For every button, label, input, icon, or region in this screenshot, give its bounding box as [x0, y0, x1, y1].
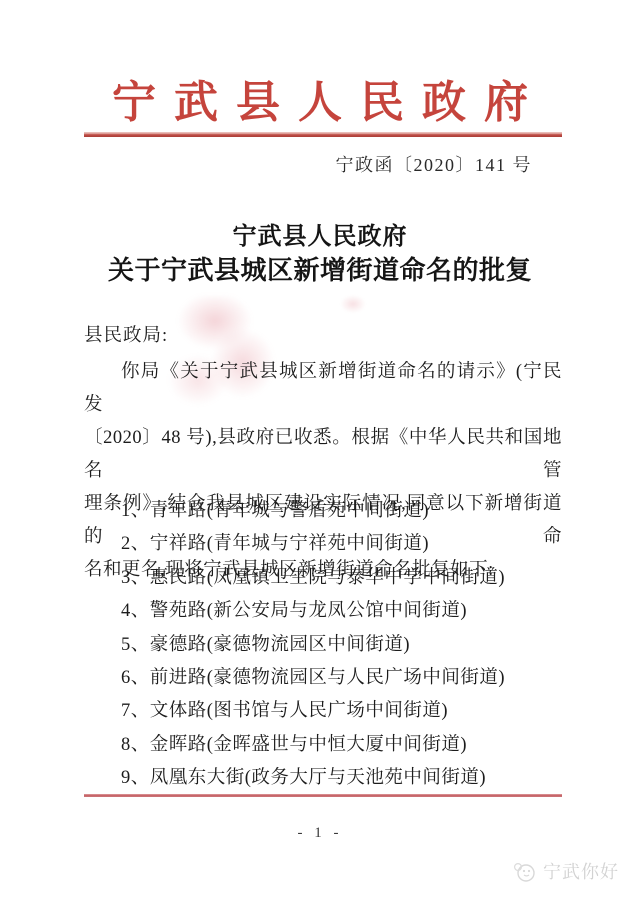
street-list-item: 2、宁祥路(青年城与宁祥苑中间街道)	[84, 528, 562, 561]
street-list-item: 3、惠民路(凤凰镇卫生院与泰华中学中间街道)	[84, 562, 562, 595]
publisher-watermark: 宁武你好	[512, 858, 619, 884]
street-list-item: 4、警苑路(新公安局与龙凤公馆中间街道)	[84, 595, 562, 628]
panda-logo-icon	[512, 858, 538, 884]
watermark-text: 宁武你好	[543, 858, 619, 884]
document-title-line2: 关于宁武县城区新增街道命名的批复	[0, 254, 640, 288]
paragraph-line: 你局《关于宁武县城区新增街道命名的请示》(宁民发	[84, 356, 562, 422]
street-list-item: 8、金晖路(金晖盛世与中恒大厦中间街道)	[84, 729, 562, 762]
document-title-line1: 宁武县人民政府	[0, 221, 640, 254]
page-number: - 1 -	[0, 825, 640, 842]
scanned-document-page: 宁武县人民政府 宁政函〔2020〕141 号 宁武县人民政府 关于宁武县城区新增…	[0, 0, 640, 905]
street-list-item: 5、豪德路(豪德物流园区中间街道)	[84, 629, 562, 662]
footer-divider-line	[84, 794, 562, 797]
street-naming-list: 1、青年路(青年城与警盾苑中间街道) 2、宁祥路(青年城与宁祥苑中间街道) 3、…	[84, 495, 562, 796]
red-seal-speck	[340, 295, 366, 313]
letterhead-divider-line	[84, 132, 562, 137]
document-title: 宁武县人民政府 关于宁武县城区新增街道命名的批复	[0, 221, 640, 288]
recipient-salutation: 县民政局:	[84, 321, 168, 347]
paragraph-line: 〔2020〕48 号),县政府已收悉。根据《中华人民共和国地名管	[84, 422, 562, 488]
street-list-item: 9、凤凰东大街(政务大厅与天池苑中间街道)	[84, 762, 562, 795]
document-reference-number: 宁政函〔2020〕141 号	[84, 151, 562, 177]
street-list-item: 6、前进路(豪德物流园区与人民广场中间街道)	[84, 662, 562, 695]
street-list-item: 7、文体路(图书馆与人民广场中间街道)	[84, 695, 562, 728]
letterhead-agency-title: 宁武县人民政府	[0, 66, 640, 130]
street-list-item: 1、青年路(青年城与警盾苑中间街道)	[84, 495, 562, 528]
